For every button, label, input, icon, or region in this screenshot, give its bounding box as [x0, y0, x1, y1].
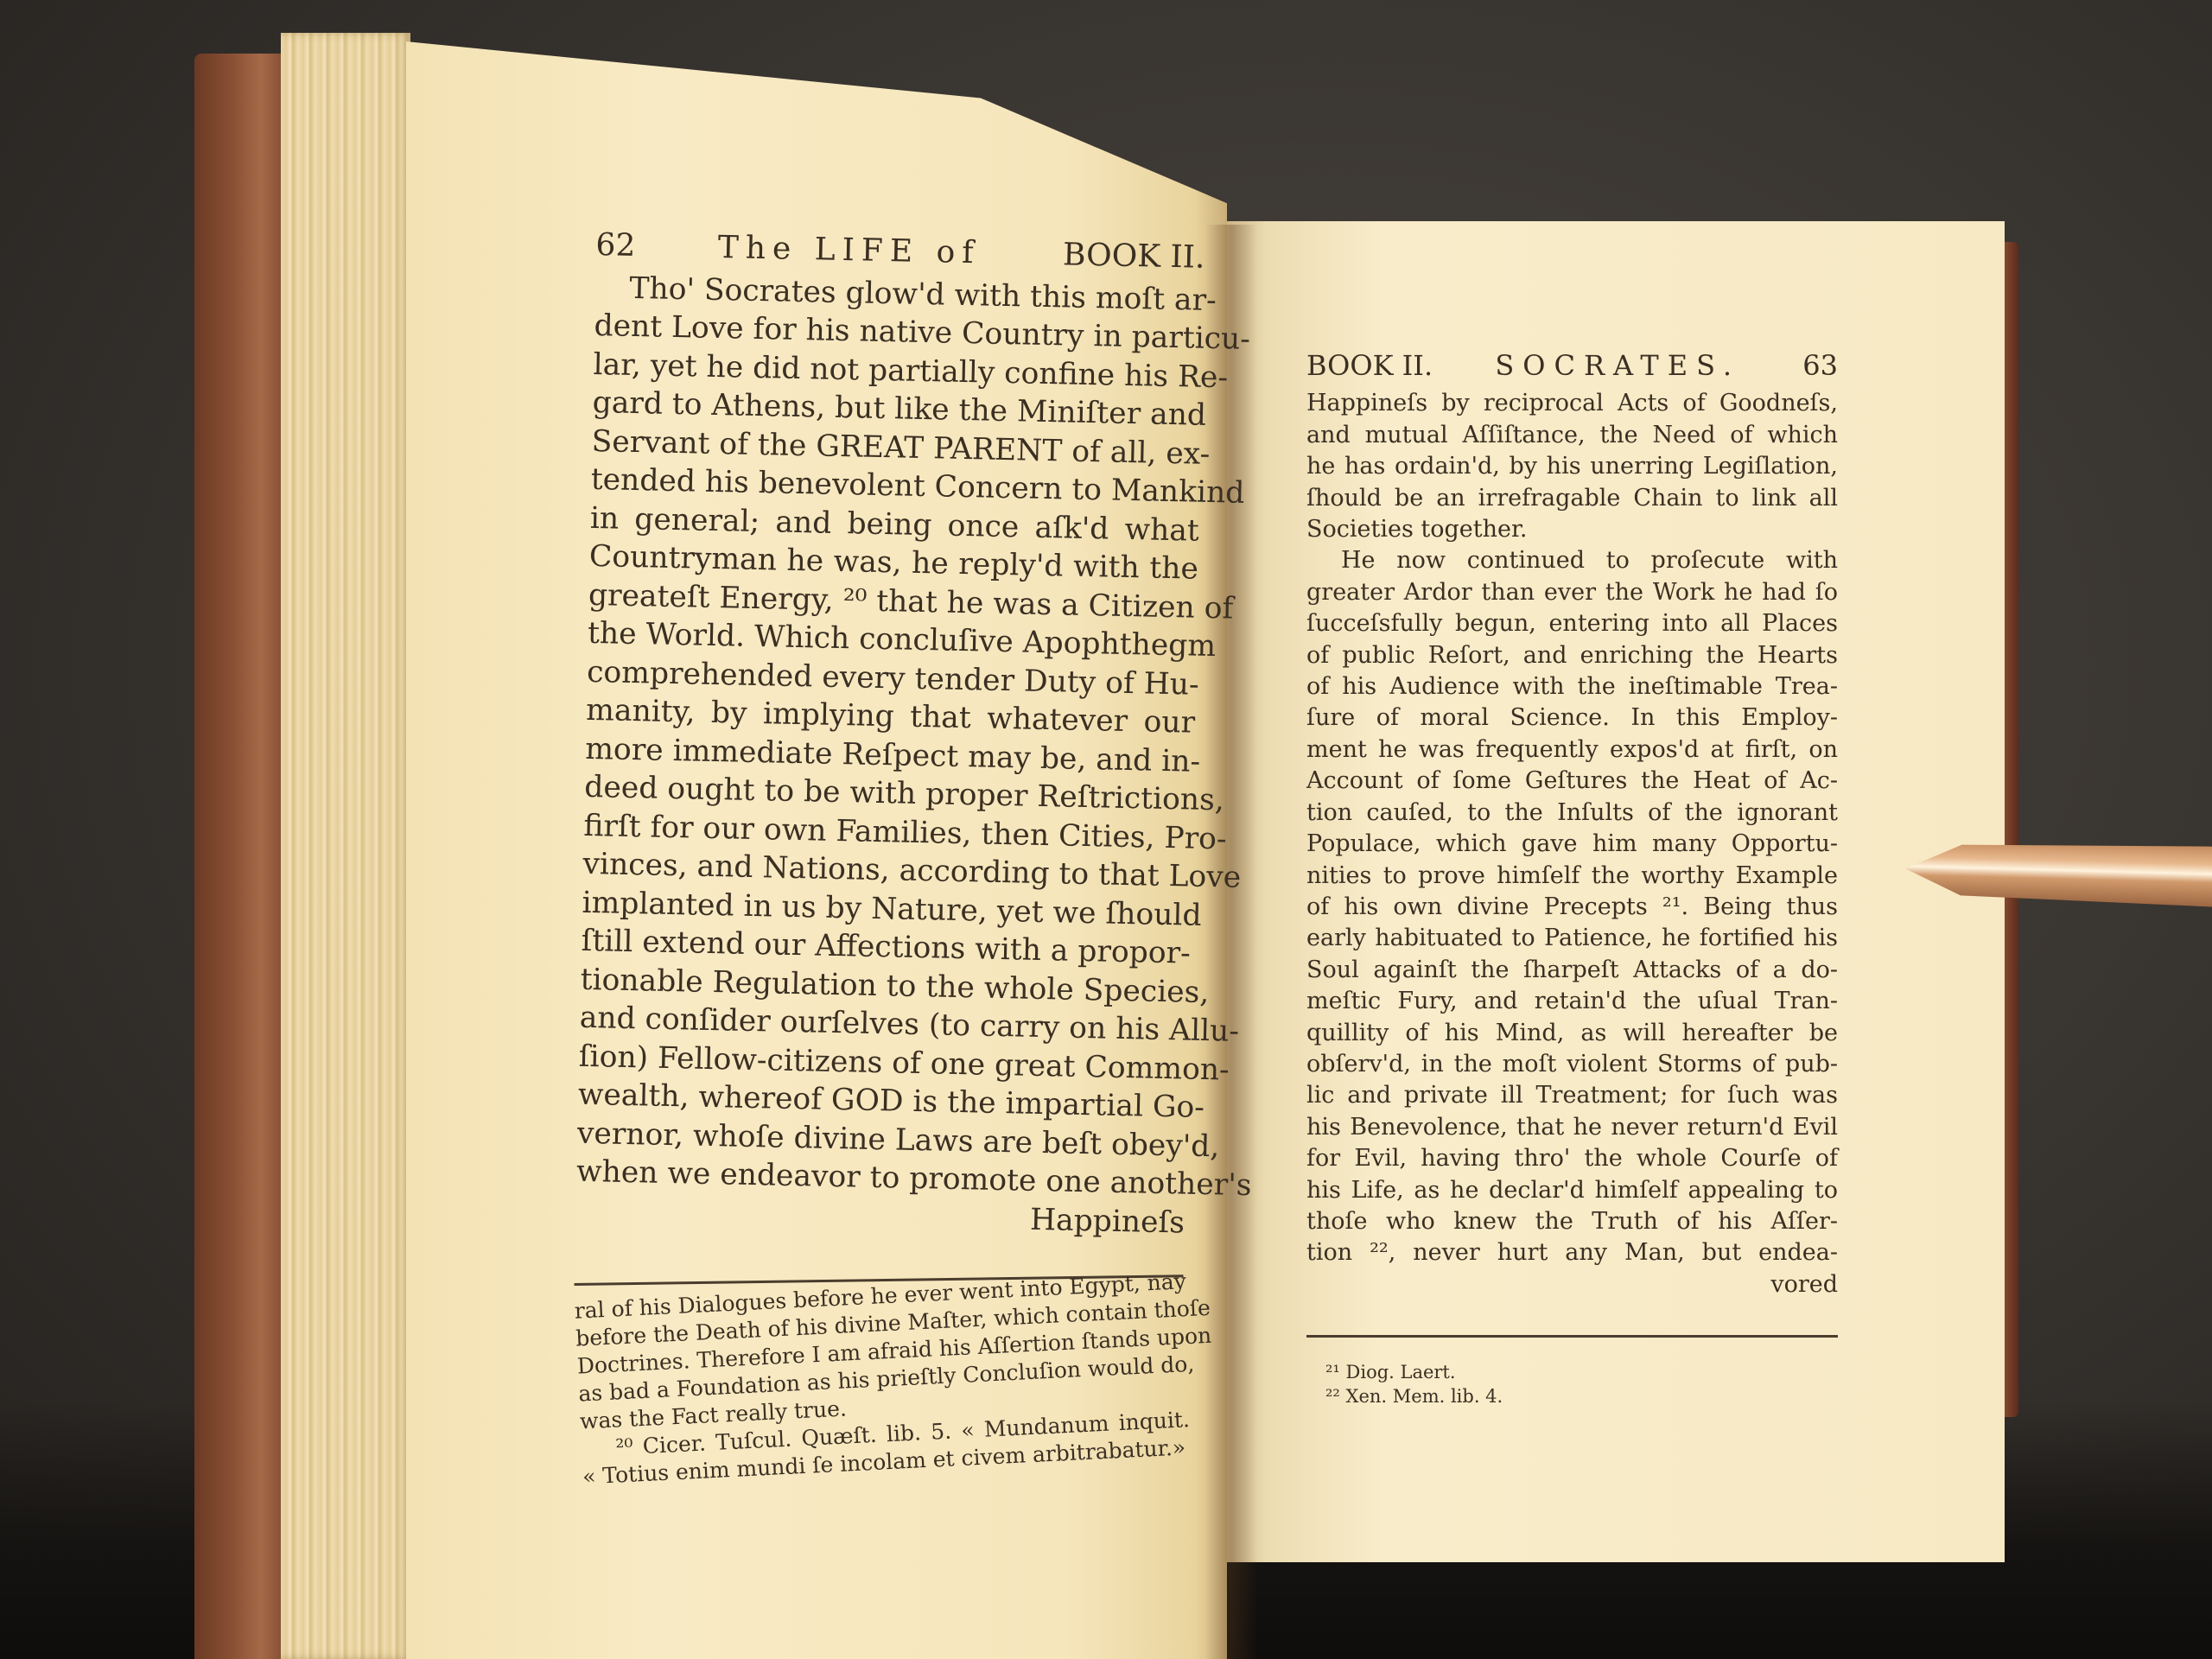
text-line: thoſe who knew the Truth of his Aſſer-: [1306, 1206, 1838, 1237]
body-text: Tho' Socrates glow'd with this moſt ar- …: [575, 268, 1205, 1242]
text-line: Populace, which gave him many Opportu-: [1306, 829, 1838, 860]
left-page-text: 62 The LIFE of BOOK II. Tho' Socrates gl…: [569, 226, 1205, 1503]
text-line: ment he was frequently expos'd at firſt,…: [1306, 734, 1838, 766]
page-number: 62: [595, 226, 636, 265]
book-label: BOOK II.: [1063, 236, 1205, 277]
footnote-line: ²² Xen. Mem. lib. 4.: [1325, 1384, 1838, 1408]
text-line: of his Audience with the ineſtimable Tre…: [1306, 671, 1838, 702]
text-line: nities to prove himſelf the worthy Examp…: [1306, 861, 1838, 892]
footnote-rule: [1306, 1335, 1838, 1338]
text-line: greater Ardor than ever the Work he had …: [1306, 577, 1838, 608]
text-line: of public Reſort, and enriching the Hear…: [1306, 640, 1838, 671]
page-number: 63: [1802, 350, 1838, 381]
footnotes: ²¹ Diog. Laert. ²² Xen. Mem. lib. 4.: [1306, 1360, 1838, 1408]
right-running-head: BOOK II. SOCRATES. 63: [1306, 350, 1838, 381]
footnotes: ral of his Dialogues before he ever went…: [574, 1268, 1192, 1491]
body-text: Happineſs by reciprocal Acts of Goodneſs…: [1306, 388, 1838, 1300]
gutter-shadow: [1205, 225, 1257, 1659]
footnote-line: ²¹ Diog. Laert.: [1325, 1360, 1838, 1384]
catchword: vored: [1306, 1269, 1838, 1300]
text-line: Societies together.: [1306, 514, 1838, 545]
book-label: BOOK II.: [1306, 350, 1433, 381]
text-line: ſucceſsfully begun, entering into all Pl…: [1306, 608, 1838, 639]
text-line: his Life, as he declar'd himſelf appeali…: [1306, 1175, 1838, 1206]
text-line: lic and private ill Treatment; for ſuch …: [1306, 1080, 1838, 1111]
text-line: Account of ſome Geſtures the Heat of Ac-: [1306, 766, 1838, 797]
text-line: Soul againſt the ſharpeſt Attacks of a d…: [1306, 955, 1838, 986]
text-line: of his own divine Precepts ²¹. Being thu…: [1306, 892, 1838, 923]
text-line: his Benevolence, that he never return'd …: [1306, 1112, 1838, 1143]
text-line: ſhould be an irrefragable Chain to link …: [1306, 483, 1838, 514]
text-line: for Evil, having thro' the whole Courſe …: [1306, 1143, 1838, 1174]
text-line: meſtic Fury, and retain'd the uſual Tran…: [1306, 986, 1838, 1017]
text-line: quillity of his Mind, as will hereafter …: [1306, 1018, 1838, 1049]
text-line: he has ordain'd, by his unerring Legiſla…: [1306, 451, 1838, 482]
text-line: tion cauſed, to the Inſults of the ignor…: [1306, 798, 1838, 829]
book-cover-left: [194, 54, 289, 1659]
running-title: The LIFE of: [717, 229, 981, 273]
text-line: tion ²², never hurt any Man, but endea-: [1306, 1237, 1838, 1268]
text-line: Happineſs by reciprocal Acts of Goodneſs…: [1306, 388, 1838, 419]
text-line: obſerv'd, in the moſt violent Storms of …: [1306, 1049, 1838, 1080]
text-line: early habituated to Patience, he fortifi…: [1306, 923, 1838, 954]
right-page-text: BOOK II. SOCRATES. 63 Happineſs by recip…: [1306, 350, 1838, 1408]
text-line: and mutual Aſſiſtance, the Need of which: [1306, 420, 1838, 451]
text-line: ſure of moral Science. In this Employ-: [1306, 702, 1838, 734]
text-line: He now continued to proſecute with: [1306, 545, 1838, 576]
page-block-edges: [281, 33, 410, 1659]
running-title: SOCRATES.: [1495, 350, 1740, 381]
